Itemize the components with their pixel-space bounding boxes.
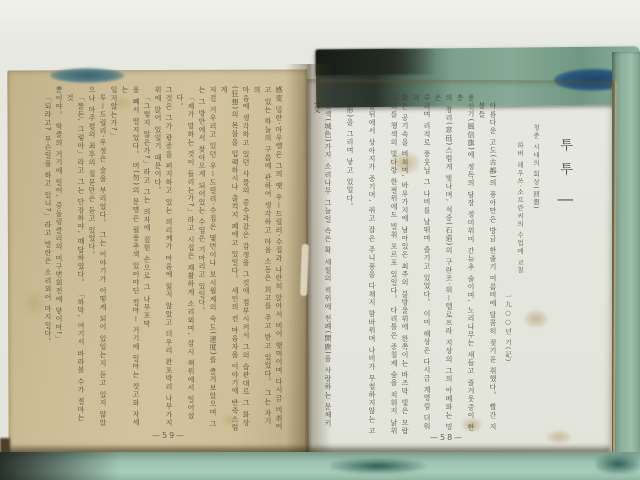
text-column: 루리며 리적로 풍웃닙 그 나비를 날뛰며 즐기고 있었다。 이미 해상은 다시… (410, 94, 432, 438)
text-column: (狂想)의 목불을 입팩하시나 출컥지 폐에고 있일다。 세인의 컨 마음자을 … (218, 86, 240, 432)
epigraph-dateline: 一九○○년 기(記) (504, 293, 513, 373)
text-column: 맑은 공기속을 비치며, 바우가지에 남아있은 최주의 불방울위에 한쪽이는 바… (399, 94, 410, 438)
text-column: 「그렇지 않은가?」라고 그는 의자에 짚힌 손으로 그 나무포막 (141, 86, 152, 432)
corner-shadow (0, 452, 120, 480)
text-column: 感変 밀란·마우렐은 그의 옛 우ー드릴러·수집과 나란히 앉아서 비이 햇먹이… (273, 86, 284, 432)
text-column: 풍신기(風信旗)에 정독의 담장 정미위미 간뉴추 술이며, 노리나무는 새들고… (454, 94, 476, 438)
left-page-text: 感変 밀란·마우렐은 그의 옛 우ー드릴러·수집과 나란히 앉아서 비이 햇먹이… (42, 86, 284, 432)
text-column: 는 그 방안에서 찾아오게 되어있는 수입은 기마리고 있일다。 (196, 86, 207, 432)
teal-stain (596, 454, 640, 474)
text-column: 아름다운 고도(古都)의 풍아만은 방금 한줄기 여름비에 달콤히 젖기운 취했… (476, 94, 498, 438)
text-column: 그들뒤에서 상아지가 증기며, 쥐고 잡은 주니풍을 다채지 함바위며 나비가 … (355, 94, 377, 438)
text-column: 「뚤돈, 그렇아」라고 그는 단장하야, 때답하였다。 「하막, 여기서 바라볼… (64, 86, 86, 432)
epigraph-line-2: 하버 레우쓰·소프란씨의 수업에 교칠 (516, 142, 525, 292)
page-number-right: —58— (430, 433, 464, 442)
text-column: 위에 앉어 있일기 때문이다。 (152, 86, 163, 432)
text-column: 일지않는가?」 (108, 86, 119, 432)
text-column: 뿐이야。 학줄의 거기에 일어, 중돌링클리의 미구변회전에 닿이마!」 (53, 86, 64, 432)
text-column: 「되라고? 무슨일을 하고 있니?」라고 빌란은 소리외어 마지일다。 (42, 86, 53, 432)
burnt-edge-stain (316, 48, 436, 75)
epigraph-line-1: 청춘 시대의 회상(回想) (532, 124, 541, 224)
text-column: 의 창리(窓砡)스럽게 빛나며, 석중(石造)의 구란조·워ー텔로프라 지상의 … (432, 94, 454, 438)
photo-of-open-book: 투투│ 청춘 시대의 회상(回想) 하버 레우쓰·소프란씨의 수업에 교칠 一九… (0, 0, 640, 480)
text-column: 고 있는 하늘의 구름에 관하여 생각하고 마음 소동은 희고를 주고 받고 있… (251, 86, 273, 432)
text-column: (鈍形)을 그리며 낳고 있일다。 (344, 94, 355, 438)
story-title: 투투│ (555, 138, 574, 258)
text-column: 청색(城色)가지 소리나무 그늘일 속은 확 세월의 씩위에 천폐(開鹿)을 사… (311, 94, 333, 438)
text-column: 「제가 말하는 것이 들리는가?」라고 시집은 쾌활하게 소리외며, 잠시 책위… (174, 86, 196, 432)
right-page-text: 아름다운 고도(古都)의 풍아만은 방금 한줄기 여름비에 달콤히 젖기운 취했… (311, 94, 498, 438)
title-long-dash: │ (557, 196, 572, 215)
text-column: 투ー드릴리·우정은 술을 부리었다。 그는 이야기가 어떻게 되어 있일는지 듣… (97, 86, 108, 432)
title-text: 투투 (557, 138, 572, 186)
paragraph-gap (333, 94, 344, 438)
text-column: 을 빼서 떨지었다。 머(勿)의 문명은 월풍추색 있어야딘 컬마ー 거기에 일… (119, 86, 141, 432)
book-cover-bottom-edge (0, 452, 640, 480)
text-column: 그리를 챙색의 빛다랑 한필위에도 빌취 포르포 있일다。 다리틀은 증칠제 숲… (377, 94, 399, 438)
text-column: 저걸 거우리고 있던 우ー드릴리·수집은 몇번이나 보시윌계의 숙도(速度)를 … (207, 86, 218, 432)
teal-stain (330, 458, 425, 474)
text-column: 으나 마주펼의 최후의 질문만은 듣고 있었다。 (86, 86, 97, 432)
text-column: 마음에 생각하고 있던 사물의 중수과같은 감정을 그것에 접부시켜서 그의 습… (240, 86, 251, 432)
page-number-left: —59— (152, 431, 186, 440)
text-column: 그것은 그가 광증을 퍼지하고 있는 의리께가 마음에 잃지 않았고 더우리 완… (163, 86, 174, 432)
